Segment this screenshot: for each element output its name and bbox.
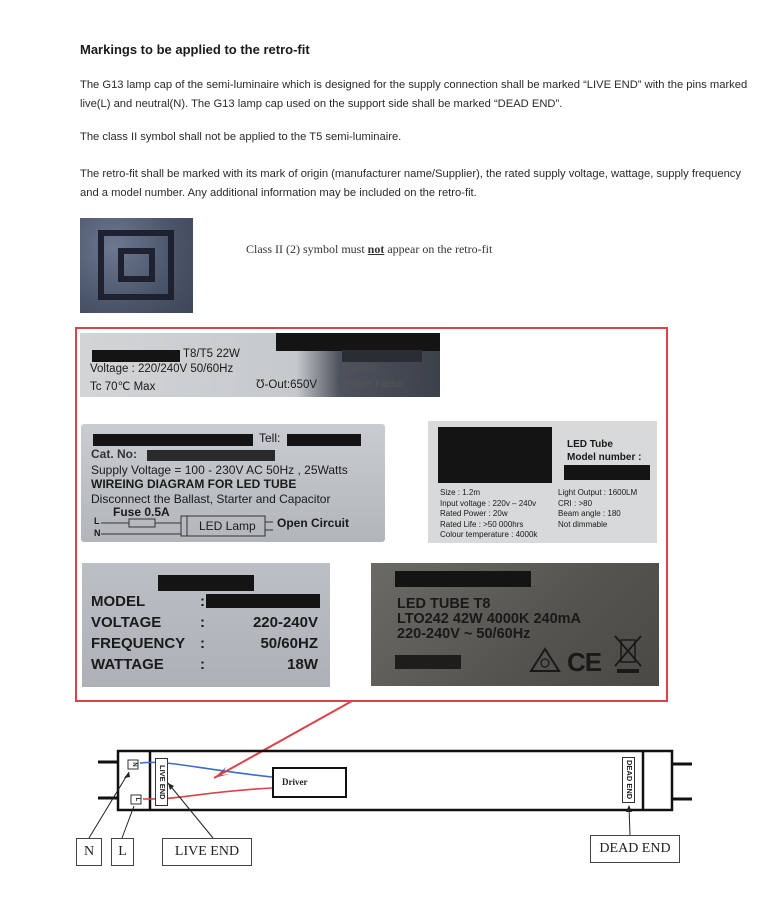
callout-neutral: N — [76, 838, 102, 866]
callout-live-end: LIVE END — [162, 838, 252, 866]
pin-l-marker: L — [132, 795, 141, 804]
callout-dead-end: DEAD END — [590, 835, 680, 863]
driver-box: Driver — [272, 767, 347, 798]
tube-wiring-diagram — [0, 0, 776, 910]
live-end-tag: LIVE END — [155, 758, 168, 806]
pin-n-marker: N — [129, 760, 138, 769]
callout-live: L — [111, 838, 134, 866]
dead-end-tag: DEAD END — [622, 757, 635, 803]
